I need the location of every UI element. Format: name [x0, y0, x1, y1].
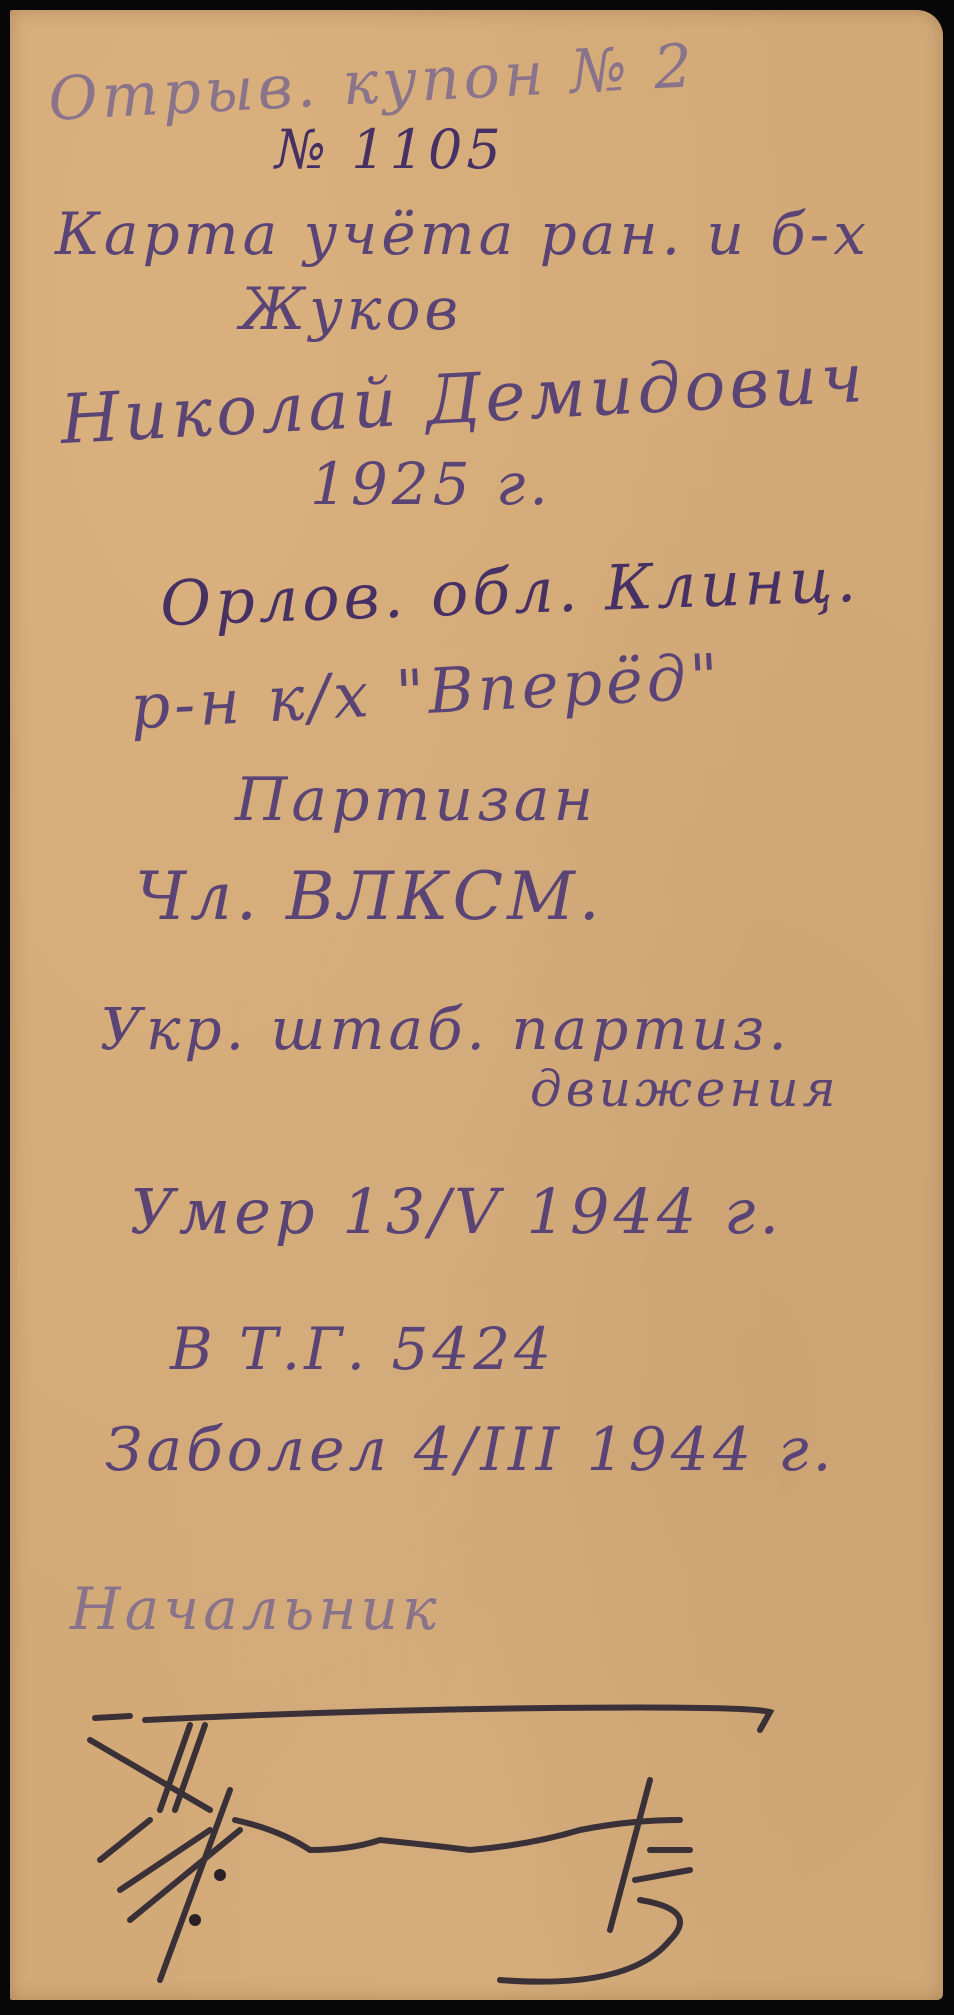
died-line: Умер 13/V 1944 г. — [130, 1175, 783, 1248]
card-type-line: Карта учёта ран. и б-х — [55, 200, 870, 268]
district-line: р-н к/х "Вперёд" — [128, 640, 724, 744]
full-name: Николай Демидович — [58, 339, 868, 460]
region-line: Орлов. обл. Клинц. — [159, 543, 861, 640]
record-number: № 1105 — [275, 118, 505, 181]
archival-card: Отрыв. купон № 2 № 1105 Карта учёта ран.… — [10, 10, 943, 2000]
hq-line-1: Укр. штаб. партиз. — [100, 995, 791, 1063]
diagnosis-code-line: В Т.Г. 5424 — [170, 1315, 555, 1383]
hq-line-2: движения — [530, 1060, 840, 1118]
birth-year: 1925 г. — [310, 450, 552, 518]
surname: Жуков — [240, 275, 462, 343]
signature-icon — [50, 1680, 810, 2010]
chief-label: Начальник — [70, 1575, 441, 1643]
status-line: Партизан — [235, 765, 597, 835]
membership-line: Чл. ВЛКСМ. — [135, 858, 604, 935]
fell-ill-line: Заболел 4/III 1944 г. — [105, 1415, 836, 1485]
